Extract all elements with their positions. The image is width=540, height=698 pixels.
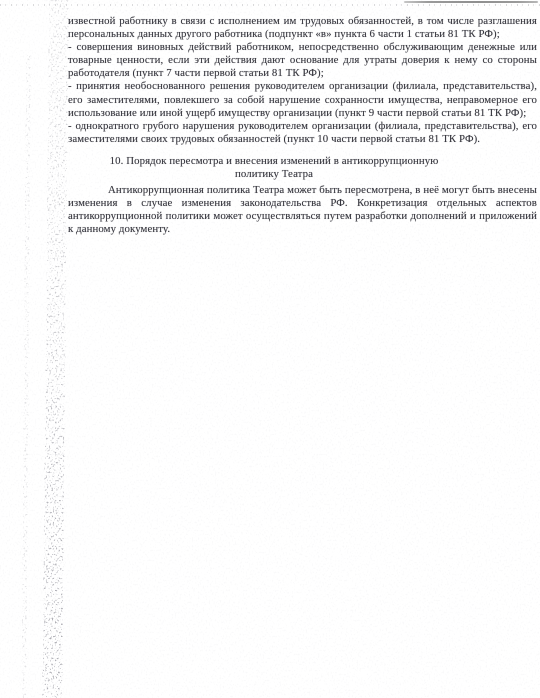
paragraph-bullet-clause-7: - совершения виновных действий работнико… [68,41,537,80]
scan-top-noise-band [0,4,540,6]
section-heading: 10. Порядок пересмотра и внесения измене… [68,155,480,181]
paragraph-bullet-clause-10: - однократного грубого нарушения руковод… [68,120,537,146]
paragraph-bullet-clause-9: - принятия необоснованного решения руков… [68,80,537,119]
section-heading-line2: политику Театра [68,168,480,181]
scanned-document-page: известной работнику в связи с исполнение… [0,0,540,698]
document-text-block: известной работнику в связи с исполнение… [68,15,537,237]
scan-top-edge-line [404,1,538,3]
scan-binding-noise-strip [42,0,69,698]
paragraph-closing: Антикоррупционная политика Театра может … [68,184,537,236]
section-heading-line1: 10. Порядок пересмотра и внесения измене… [68,155,480,168]
scan-secondary-noise-line [22,55,31,698]
paragraph-continuation: известной работнику в связи с исполнение… [68,15,537,41]
